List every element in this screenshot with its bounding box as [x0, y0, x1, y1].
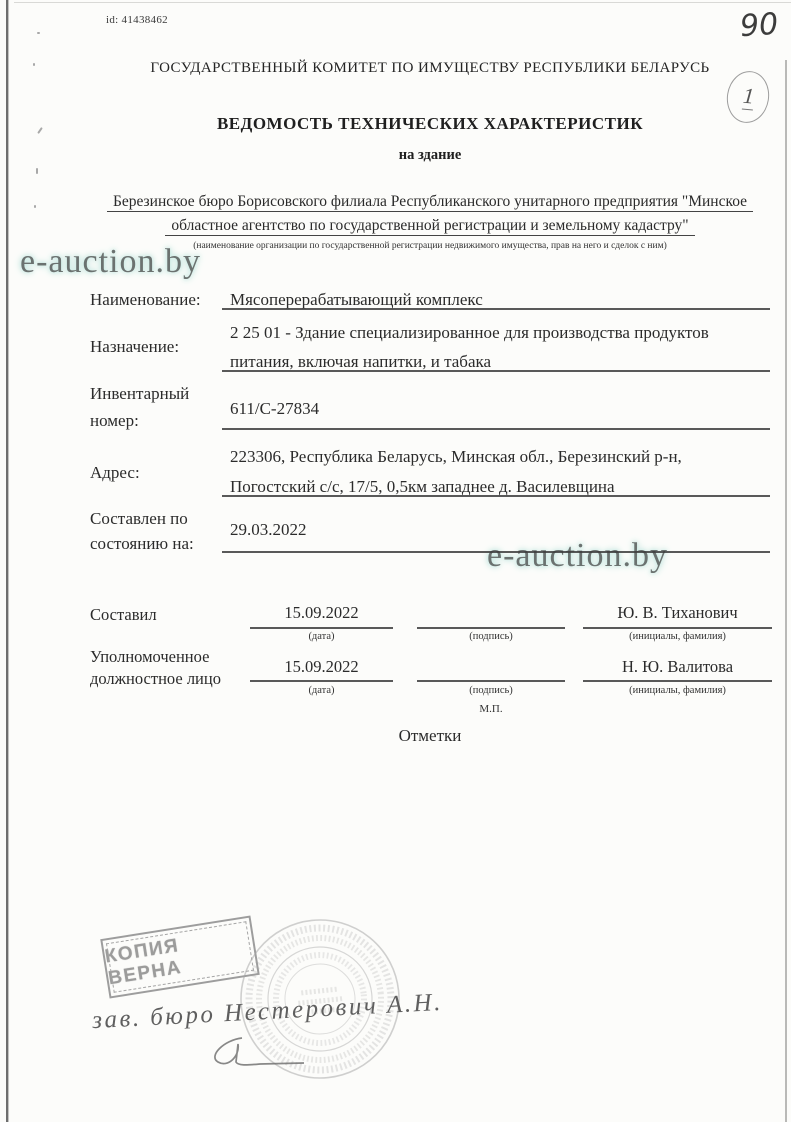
field-value-asof: 29.03.2022 [230, 520, 307, 540]
signature-name-official: Н. Ю. Валитова [583, 657, 772, 677]
circled-number-value: 1 [741, 84, 754, 110]
caption-signature-2: (подпись) [417, 685, 565, 696]
field-label-inventory-line1: Инвентарный [90, 384, 189, 404]
scan-speckle [33, 63, 35, 66]
signature-date-official: 15.09.2022 [250, 657, 393, 677]
field-underline-asof [222, 551, 770, 553]
scan-speckle [36, 168, 38, 174]
signature-line-date-2 [250, 680, 393, 682]
scan-id-text: id: 41438462 [106, 14, 168, 26]
signature-flourish [200, 1032, 320, 1077]
seal-place-abbr: М.П. [417, 703, 565, 715]
field-value-address-line2: Погостский с/с, 17/5, 0,5км западнее д. … [230, 477, 615, 497]
committee-header: ГОСУДАРСТВЕННЫЙ КОМИТЕТ ПО ИМУЩЕСТВУ РЕС… [88, 60, 772, 77]
document-page: id: 41438462 90 ГОСУДАРСТВЕННЫЙ КОМИТЕТ … [0, 0, 791, 1122]
signature-line-date-1 [250, 627, 393, 629]
field-underline-name [222, 308, 770, 310]
field-label-asof-line1: Составлен по [90, 509, 188, 529]
field-label-inventory-line2: номер: [90, 411, 139, 431]
organization-line-1: Березинское бюро Борисовского филиала Ре… [88, 193, 772, 211]
document-subtitle: на здание [88, 147, 772, 164]
signature-line-name-1 [583, 627, 772, 629]
scan-edge-left-soft [8, 0, 9, 1122]
field-underline-purpose [222, 370, 770, 372]
field-value-name: Мясоперерабатывающий комплекс [230, 290, 483, 310]
caption-signature-1: (подпись) [417, 631, 565, 642]
organization-line-2: областное агентство по государственной р… [88, 217, 772, 235]
signature-line-sign-1 [417, 627, 565, 629]
document-title: ВЕДОМОСТЬ ТЕХНИЧЕСКИХ ХАРАКТЕРИСТИК [88, 114, 772, 134]
field-value-purpose-line1: 2 25 01 - Здание специализированное для … [230, 323, 709, 343]
field-underline-inventory [222, 428, 770, 430]
field-value-purpose-line2: питания, включая напитки, и табака [230, 352, 491, 372]
field-label-purpose: Назначение: [90, 337, 179, 357]
signature-line-name-2 [583, 680, 772, 682]
scan-speckle [37, 32, 40, 34]
signature-line-sign-2 [417, 680, 565, 682]
field-value-inventory: 611/С-27834 [230, 399, 319, 419]
signature-date-compiler: 15.09.2022 [250, 603, 393, 623]
signature-role-official-line2: должностное лицо [90, 669, 221, 689]
caption-date-2: (дата) [250, 685, 393, 696]
scan-speckle [34, 205, 36, 208]
field-underline-address [222, 495, 770, 497]
scan-edge-top [14, 2, 791, 3]
signature-role-compiler: Составил [90, 605, 157, 625]
watermark-e-auction-middle: e-auction.by [487, 537, 668, 575]
signature-name-compiler: Ю. В. Тиханович [583, 603, 772, 623]
caption-date-1: (дата) [250, 631, 393, 642]
caption-name-2: (инициалы, фамилия) [583, 685, 772, 696]
scan-speckle [37, 127, 43, 134]
field-label-asof-line2: состоянию на: [90, 534, 194, 554]
marks-heading: Отметки [88, 726, 772, 746]
watermark-e-auction-top: e-auction.by [20, 243, 201, 281]
caption-name-1: (инициалы, фамилия) [583, 631, 772, 642]
handwritten-page-number: 90 [739, 7, 780, 45]
signature-role-official-line1: Уполномоченное [90, 647, 209, 667]
field-value-address-line1: 223306, Республика Беларусь, Минская обл… [230, 447, 682, 467]
field-label-address: Адрес: [90, 463, 140, 483]
field-label-name: Наименование: [90, 290, 201, 310]
scan-edge-right [785, 60, 787, 1122]
